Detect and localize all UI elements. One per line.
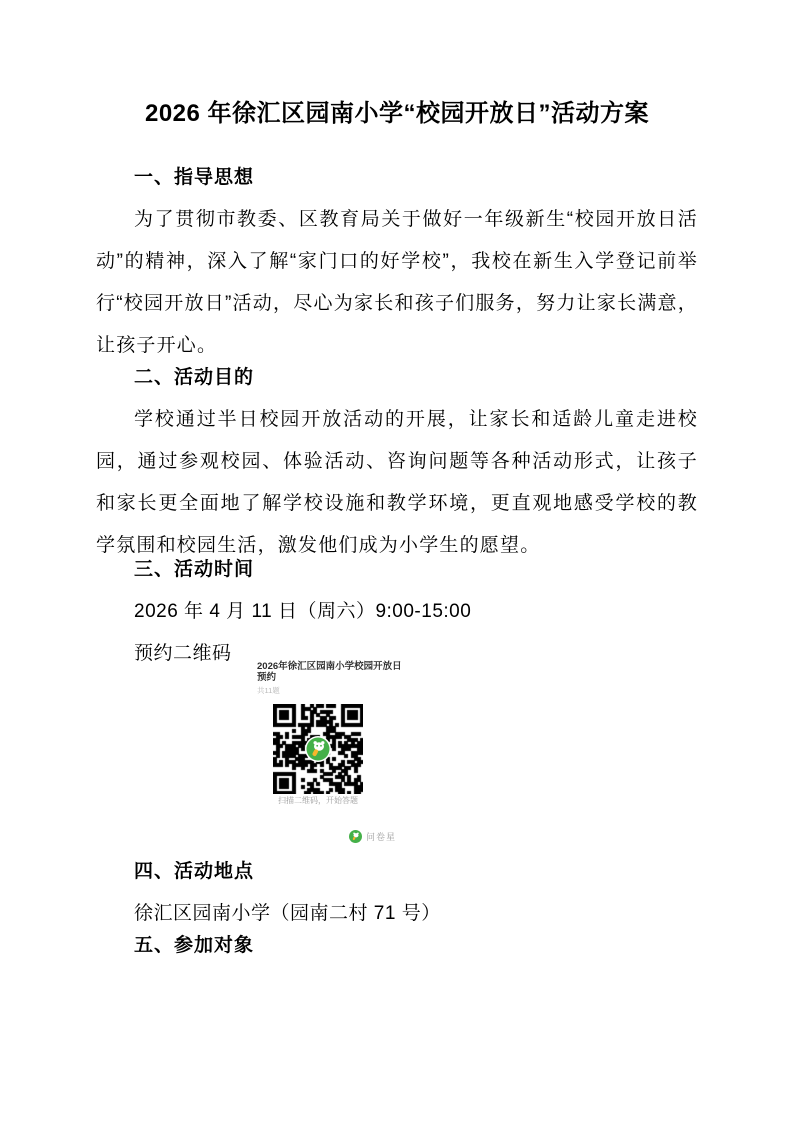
qr-code-image bbox=[273, 704, 363, 794]
section-1-paragraph: 为了贯彻市教委、区教育局关于做好一年级新生“校园开放日活动”的精神，深入了解“家… bbox=[96, 199, 698, 367]
brand-name: 问卷星 bbox=[366, 830, 396, 843]
section-4-heading: 四、活动地点 bbox=[96, 851, 698, 893]
wenjuanxing-logo-icon bbox=[305, 736, 331, 762]
section-1-heading: 一、指导思想 bbox=[96, 157, 698, 199]
page-title: 2026 年徐汇区园南小学“校园开放日”活动方案 bbox=[96, 96, 698, 131]
qr-share-card: 2026年徐汇区园南小学校园开放日 预约 共11题 扫描二维码，开始答题 bbox=[257, 661, 517, 851]
section-2-paragraph: 学校通过半日校园开放活动的开展，让家长和适龄儿童走进校园，通过参观校园、体验活动… bbox=[96, 399, 698, 567]
document-page: { "doc": { "title": "2026 年徐汇区园南小学“校园开放日… bbox=[0, 0, 794, 1123]
qr-caption: 扫描二维码，开始答题 bbox=[243, 796, 393, 806]
qr-card-title-line1: 2026年徐汇区园南小学校园开放日 bbox=[257, 661, 517, 672]
section-2-heading: 二、活动目的 bbox=[96, 357, 698, 399]
brand-row: 问卷星 bbox=[349, 830, 517, 843]
event-time-line: 2026 年 4 月 11 日（周六）9:00-15:00 bbox=[96, 591, 698, 633]
document-body: 2026 年徐汇区园南小学“校园开放日”活动方案 一、指导思想 为了贯彻市教委、… bbox=[96, 0, 698, 967]
wenjuanxing-brand-icon bbox=[349, 830, 362, 843]
qr-card-question-count: 共11题 bbox=[257, 686, 517, 695]
qr-card-title-line2: 预约 bbox=[257, 672, 517, 683]
